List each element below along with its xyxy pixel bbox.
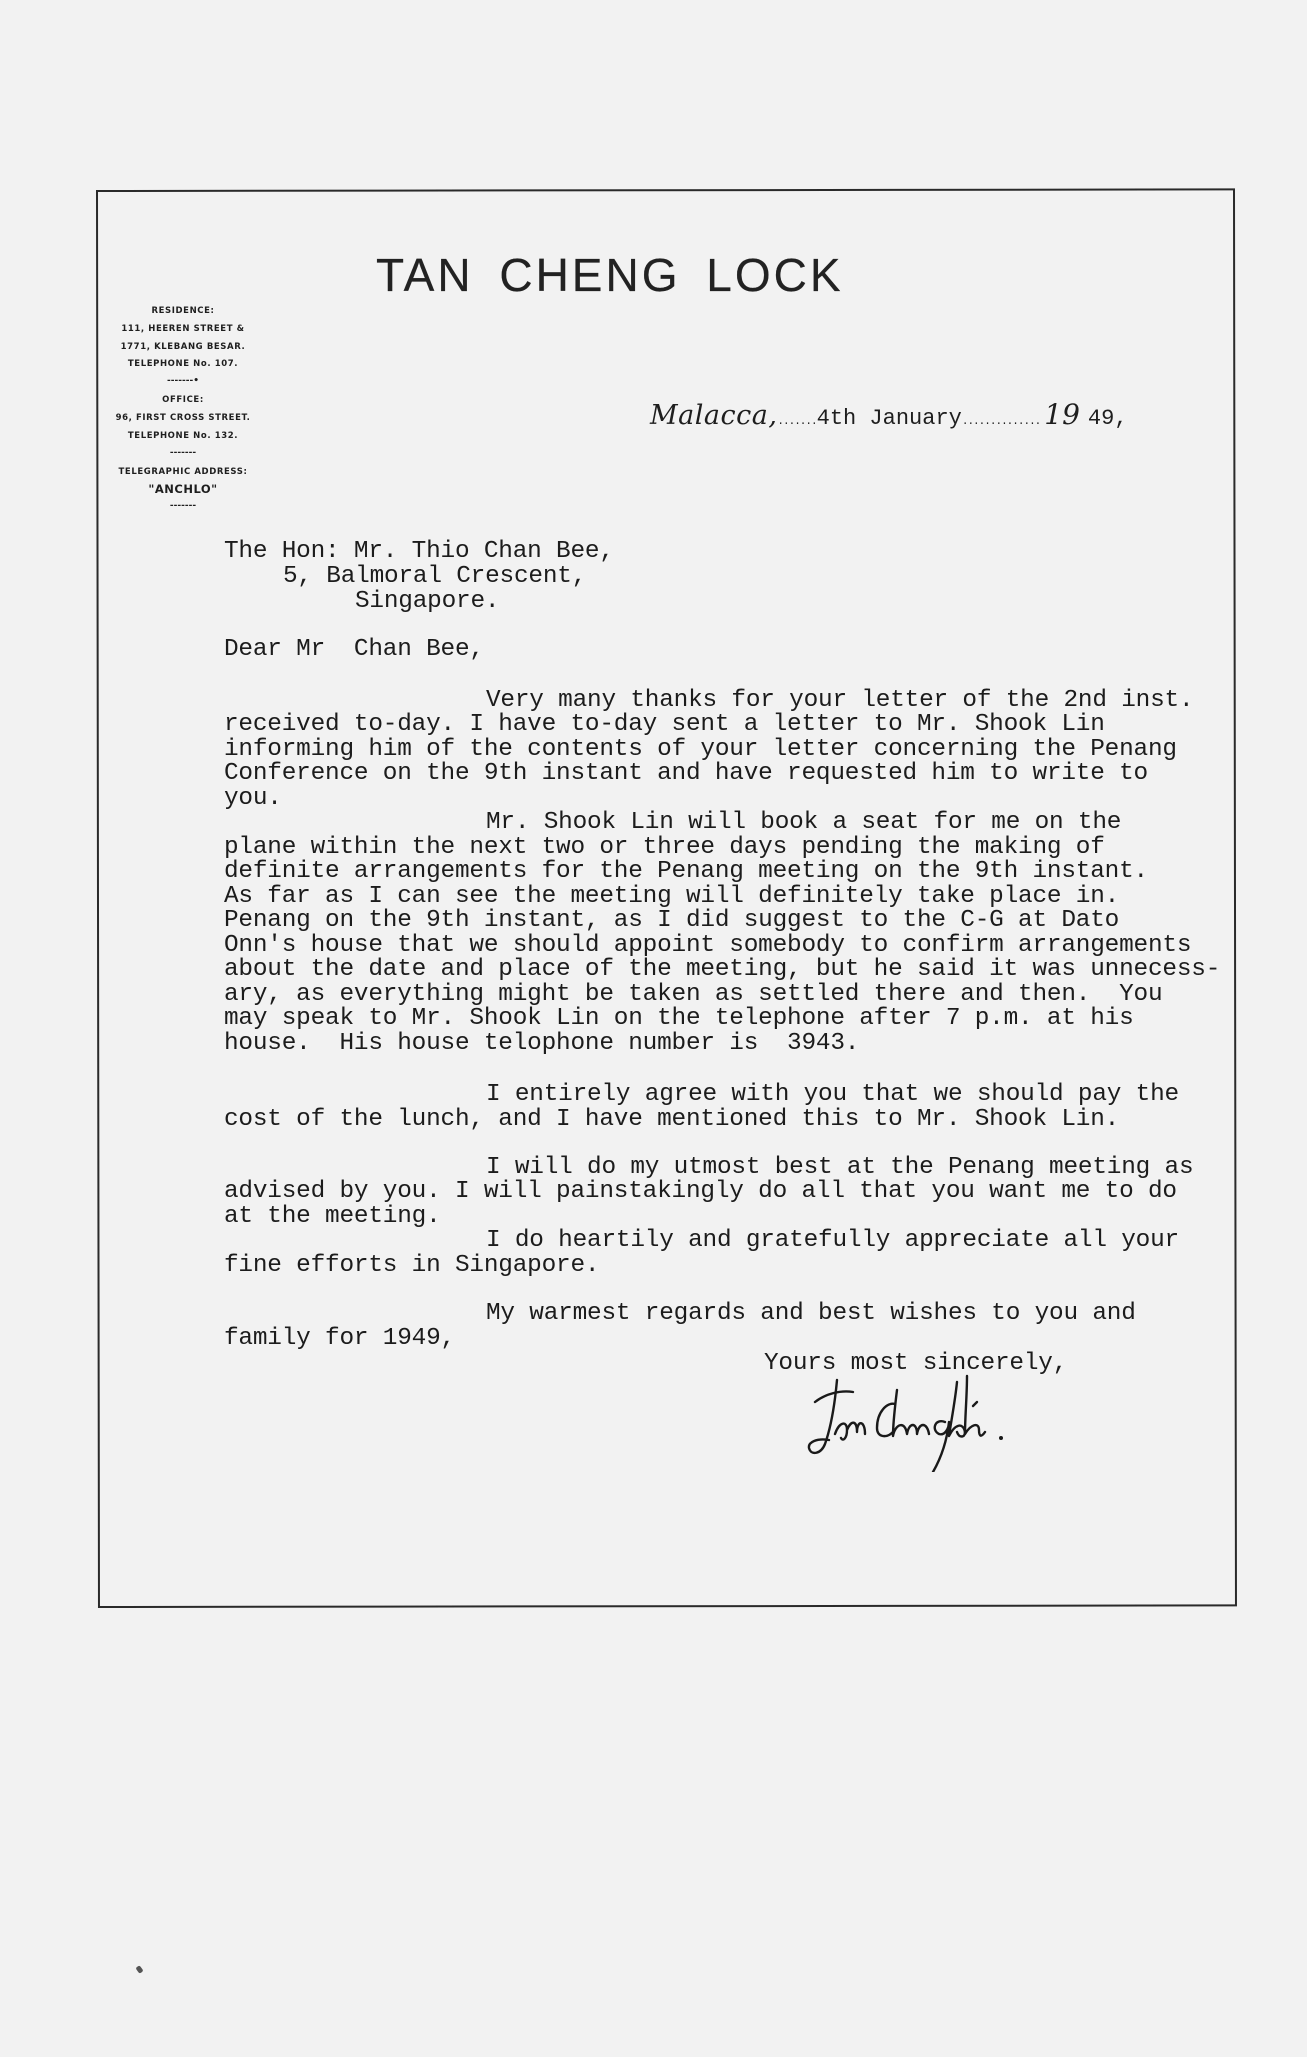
divider: ------- [100, 499, 266, 517]
body-line: may speak to Mr. Shook Lin on the teleph… [224, 1007, 1134, 1032]
body-line: informing him of the contents of your le… [224, 738, 1177, 763]
body-line: definite arrangements for the Penang mee… [224, 860, 1148, 885]
telegraphic-label: TELEGRAPHIC ADDRESS: [100, 464, 266, 482]
office-address: 96, FIRST CROSS STREET. [100, 410, 266, 428]
body-line: Onn's house that we should appoint someb… [224, 934, 1191, 959]
body-line: I do heartily and gratefully appreciate … [486, 1229, 1179, 1254]
body-line: I will do my utmost best at the Penang m… [486, 1156, 1193, 1181]
recipient-line-2: 5, Balmoral Crescent, [283, 565, 586, 590]
date-century: 19 [1044, 398, 1080, 431]
body-line: plane within the next two or three days … [224, 836, 1105, 861]
date-dots: ....... [777, 416, 816, 428]
office-label: OFFICE: [100, 392, 266, 410]
residence-label: RESIDENCE: [100, 303, 266, 321]
dateline: Malacca,.......4th January..............… [650, 400, 1128, 437]
handwritten-signature-icon [795, 1372, 1065, 1472]
body-line: Mr. Shook Lin will book a seat for me on… [486, 811, 1121, 836]
date-place: Malacca, [650, 400, 777, 431]
body-line: Conference on the 9th instant and have r… [224, 762, 1148, 787]
date-year: 49, [1088, 406, 1128, 431]
body-line: My warmest regards and best wishes to yo… [486, 1302, 1136, 1327]
body-line: fine efforts in Singapore. [224, 1254, 599, 1279]
recipient-line-3: Singapore. [355, 590, 499, 615]
residence-line-2: 1771, KLEBANG BESAR. [100, 339, 266, 357]
letterhead-name: TAN CHENG LOCK [376, 252, 844, 298]
residence-phone: TELEPHONE No. 107. [100, 356, 266, 374]
office-phone: TELEPHONE No. 132. [100, 428, 266, 446]
telegraphic-address: "ANCHLO" [100, 481, 266, 499]
body-line: ary, as everything might be taken as set… [224, 983, 1162, 1008]
body-line: house. His house telophone number is 394… [224, 1032, 859, 1057]
body-line: at the meeting. [224, 1205, 441, 1230]
body-line: family for 1949, [224, 1327, 455, 1352]
body-line: I entirely agree with you that we should… [486, 1083, 1179, 1108]
paper-speck [135, 1965, 143, 1974]
divider: -------• [100, 374, 266, 392]
date-dots: .............. [962, 416, 1040, 428]
residence-line-1: 111, HEEREN STREET & [100, 321, 266, 339]
divider: ------- [100, 446, 266, 464]
body-line: cost of the lunch, and I have mentioned … [224, 1108, 1119, 1133]
recipient-line-1: The Hon: Mr. Thio Chan Bee, [224, 540, 614, 565]
letterhead-address-block: RESIDENCE: 111, HEEREN STREET & 1771, KL… [100, 303, 266, 517]
body-line: Penang on the 9th instant, as I did sugg… [224, 909, 1119, 934]
body-line: about the date and place of the meeting,… [224, 958, 1220, 983]
body-line: As far as I can see the meeting will def… [224, 885, 1119, 910]
body-line: advised by you. I will painstakingly do … [224, 1180, 1177, 1205]
salutation: Dear Mr Chan Bee, [224, 638, 484, 663]
body-line: you. [224, 787, 282, 812]
body-line: received to-day. I have to-day sent a le… [224, 713, 1105, 738]
date-day-month: 4th January [817, 406, 962, 431]
body-line: Very many thanks for your letter of the … [486, 689, 1193, 714]
